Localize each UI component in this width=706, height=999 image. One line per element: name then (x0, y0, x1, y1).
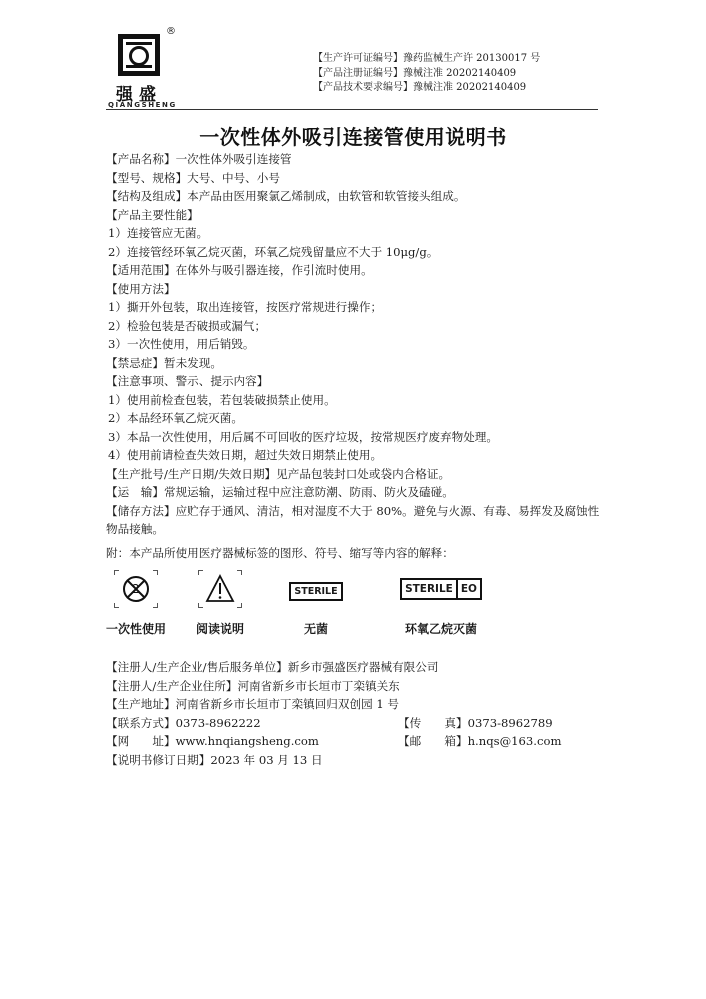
symbol-label: 阅读说明 (188, 620, 252, 637)
symbol-legend: 2 一次性使用 阅读说明 STERILE 无菌 STERILEEO 环氧乙烷灭菌 (100, 570, 520, 640)
symbol-sterile: STERILE 无菌 (286, 570, 346, 637)
website: 【网 址】www.hnqiangsheng.com (106, 734, 319, 748)
email: 【邮 箱】h.nqs@163.com (398, 732, 561, 751)
sterile-icon: STERILE (289, 582, 342, 601)
performance-heading: 【产品主要性能】 (106, 206, 600, 225)
read-instructions-icon (198, 570, 242, 608)
company-logo: ® 强盛 QIANGSHENG (108, 26, 178, 106)
document-body: 【产品名称】一次性体外吸引连接管 【型号、规格】大号、中号、小号 【结构及组成】… (106, 150, 600, 562)
precaution-item: 4）使用前请检查失效日期，超过失效日期禁止使用。 (108, 446, 600, 465)
usage-item: 2）检验包装是否破损或漏气； (108, 317, 600, 336)
svg-text:2: 2 (132, 582, 140, 596)
company-info: 【注册人/生产企业/售后服务单位】新乡市强盛医疗器械有限公司 【注册人/生产企业… (106, 658, 600, 769)
single-use-icon: 2 (114, 570, 158, 608)
contraindication: 【禁忌症】暂未发现。 (106, 354, 600, 373)
license-info: 【生产许可证编号】豫药监械生产许 20130017 号 【产品注册证编号】豫械注… (313, 52, 540, 96)
document-title: 一次性体外吸引连接管使用说明书 (0, 121, 706, 150)
symbol-single-use: 2 一次性使用 (104, 570, 168, 637)
web-row: 【网 址】www.hnqiangsheng.com 【邮 箱】h.nqs@163… (106, 732, 600, 751)
brand-name-en: QIANGSHENG (108, 101, 177, 109)
production-license: 【生产许可证编号】豫药监械生产许 20130017 号 (313, 52, 540, 67)
model-spec: 【型号、规格】大号、中号、小号 (106, 169, 600, 188)
technical-requirement-number: 【产品技术要求编号】豫械注准 20202140409 (313, 81, 540, 96)
structure: 【结构及组成】本产品由医用聚氯乙烯制成，由软管和软管接头组成。 (106, 187, 600, 206)
revision-date: 【说明书修订日期】2023 年 03 月 13 日 (106, 751, 600, 770)
email-link[interactable]: h.nqs@163.com (468, 734, 562, 748)
appendix-note: 附：本产品所使用医疗器械标签的图形、符号、缩写等内容的解释： (106, 544, 600, 563)
symbol-read-instructions: 阅读说明 (188, 570, 252, 637)
product-name: 【产品名称】一次性体外吸引连接管 (106, 150, 600, 169)
symbol-label: 无菌 (286, 620, 346, 637)
symbol-sterile-eo: STERILEEO 环氧乙烷灭菌 (396, 570, 486, 637)
precaution-item: 2）本品经环氧乙烷灭菌。 (108, 409, 600, 428)
usage-heading: 【使用方法】 (106, 280, 600, 299)
symbol-label: 环氧乙烷灭菌 (396, 620, 486, 637)
sterile-eo-icon: STERILEEO (400, 578, 482, 600)
transport: 【运 输】常规运输，运输过程中应注意防潮、防雨、防火及磕碰。 (106, 483, 600, 502)
header-divider (106, 109, 598, 110)
registered-mark: ® (166, 26, 176, 37)
contact-phone: 【联系方式】0373-8962222 (106, 716, 261, 730)
registrant-address: 【注册人/生产企业住所】河南省新乡市长垣市丁栾镇关东 (106, 677, 600, 696)
production-address: 【生产地址】河南省新乡市长垣市丁栾镇回归双创园 1 号 (106, 695, 600, 714)
fax: 【传 真】0373-8962789 (398, 714, 553, 733)
storage: 【储存方法】应贮存于通风、清洁，相对湿度不大于 80%。避免与火源、有毒、易挥发… (106, 502, 600, 539)
registration-number: 【产品注册证编号】豫械注准 20202140409 (313, 67, 540, 82)
usage-item: 3）一次性使用，用后销毁。 (108, 335, 600, 354)
batch-info: 【生产批号/生产日期/失效日期】见产品包装封口处或袋内合格证。 (106, 465, 600, 484)
precaution-item: 3）本品一次性使用，用后属不可回收的医疗垃圾，按常规医疗废弃物处理。 (108, 428, 600, 447)
contact-row: 【联系方式】0373-8962222 【传 真】0373-8962789 (106, 714, 600, 733)
performance-item: 2）连接管经环氧乙烷灭菌，环氧乙烷残留量应不大于 10μg/g。 (108, 243, 600, 262)
precaution-item: 1）使用前检查包装，若包装破损禁止使用。 (108, 391, 600, 410)
symbol-label: 一次性使用 (104, 620, 168, 637)
scope: 【适用范围】在体外与吸引器连接，作引流时使用。 (106, 261, 600, 280)
usage-item: 1）撕开外包装，取出连接管，按医疗常规进行操作； (108, 298, 600, 317)
website-link[interactable]: www.hnqiangsheng.com (176, 734, 319, 748)
registrant: 【注册人/生产企业/售后服务单位】新乡市强盛医疗器械有限公司 (106, 658, 600, 677)
precautions-heading: 【注意事项、警示、提示内容】 (106, 372, 600, 391)
performance-item: 1）连接管应无菌。 (108, 224, 600, 243)
logo-mark-icon (118, 34, 160, 76)
